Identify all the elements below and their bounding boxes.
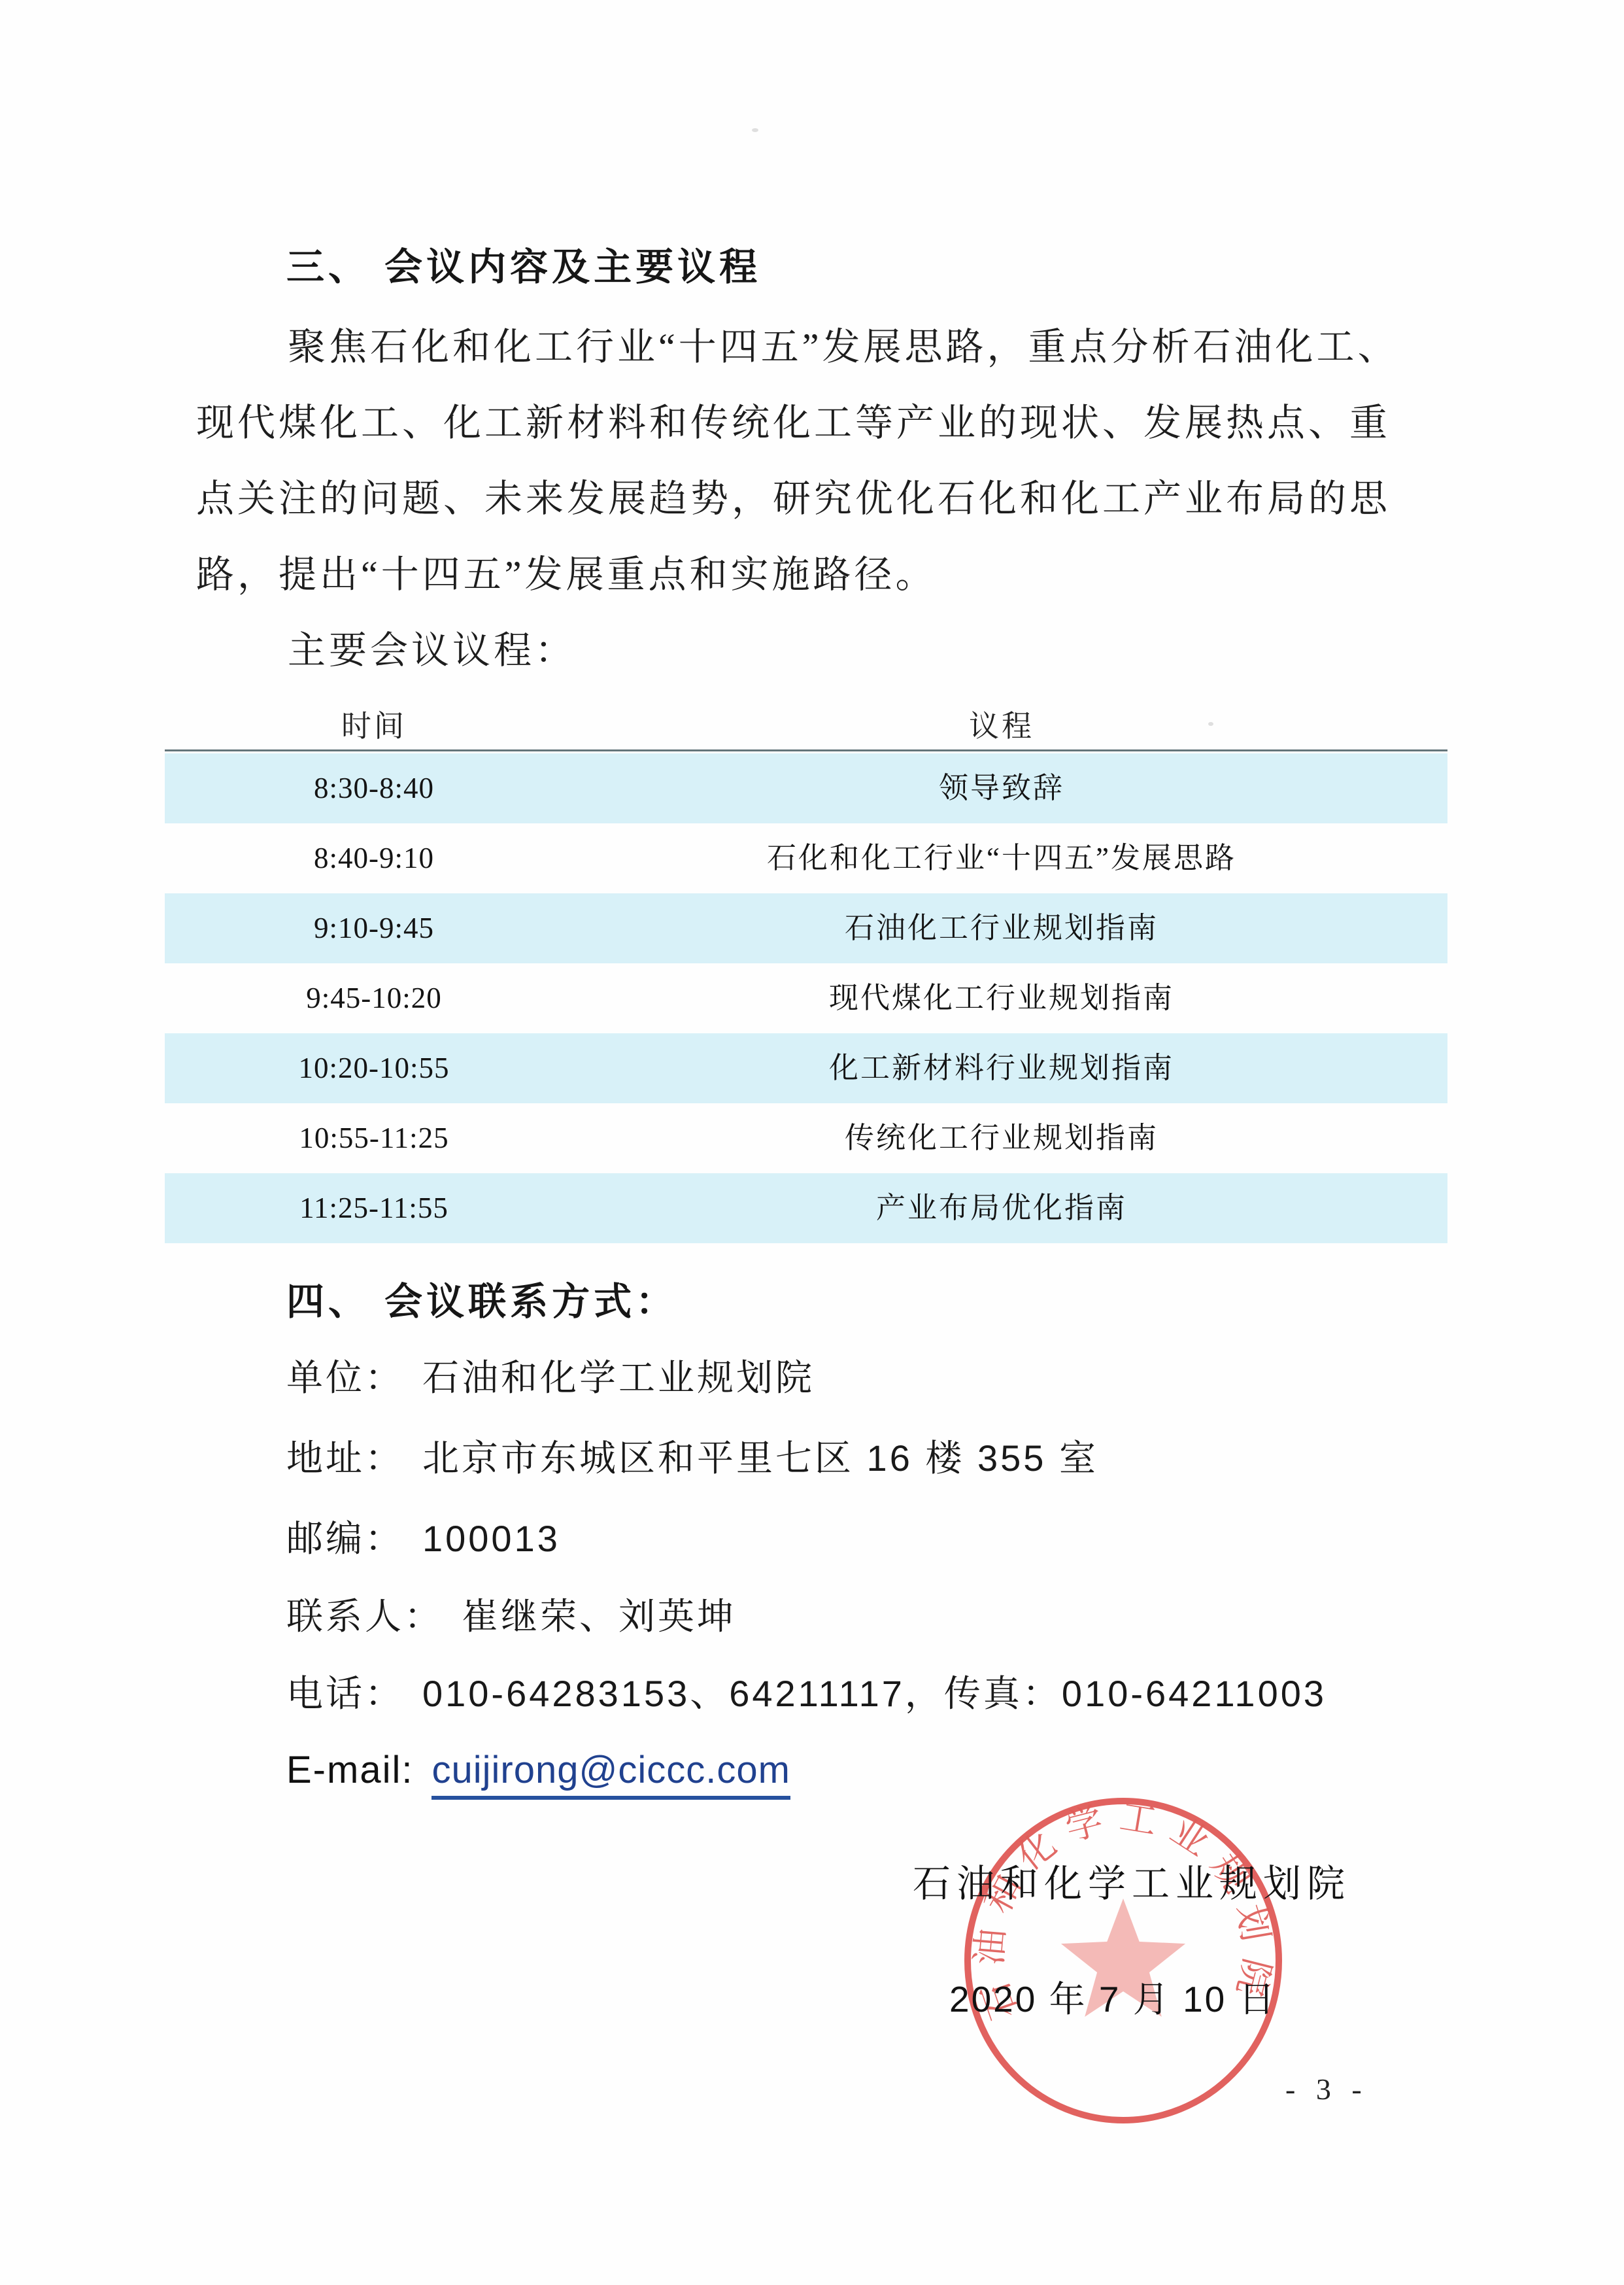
cell-time: 9:10-9:45 bbox=[165, 893, 583, 963]
table-row: 10:55-11:25传统化工行业规划指南 bbox=[165, 1103, 1447, 1173]
scan-artifact bbox=[752, 128, 758, 132]
table-header-rule bbox=[165, 749, 1447, 751]
contact-value: 崔继荣、刘英坤 bbox=[462, 1597, 736, 1638]
signature-date: 2020 年 7 月 10 日 bbox=[949, 1982, 1277, 2018]
cell-time: 8:30-8:40 bbox=[165, 753, 583, 823]
contact-value: 010-64283153、64211117，传真：010-64211003 bbox=[422, 1673, 1327, 1714]
table-row: 9:10-9:45石油化工行业规划指南 bbox=[165, 893, 1447, 963]
cell-time: 11:25-11:55 bbox=[165, 1173, 583, 1243]
cell-agenda: 产业布局优化指南 bbox=[583, 1173, 1420, 1243]
contact-label: 单位： bbox=[286, 1358, 404, 1399]
cell-time: 10:20-10:55 bbox=[165, 1033, 583, 1103]
paragraph-line: 路，提出“十四五”发展重点和实施路径。 bbox=[196, 556, 937, 594]
contact-line: E-mail:cuijirong@ciccc.com bbox=[286, 1751, 790, 1789]
cell-agenda: 石化和化工行业“十四五”发展思路 bbox=[583, 823, 1420, 893]
agenda-intro: 主要会议议程： bbox=[288, 632, 576, 670]
contact-label: 电话： bbox=[286, 1674, 404, 1715]
document-page: 三、 会议内容及主要议程 聚焦石化和化工行业“十四五”发展思路，重点分析石油化工… bbox=[0, 0, 1624, 2285]
scan-artifact bbox=[1208, 722, 1213, 726]
cell-agenda: 传统化工行业规划指南 bbox=[583, 1103, 1420, 1173]
agenda-table: 8:30-8:40领导致辞8:40-9:10石化和化工行业“十四五”发展思路9:… bbox=[165, 753, 1447, 1243]
contact-label: 联系人： bbox=[286, 1597, 443, 1638]
table-header-time: 时间 bbox=[165, 712, 583, 742]
cell-agenda: 领导致辞 bbox=[583, 753, 1420, 823]
table-header-agenda: 议程 bbox=[583, 712, 1420, 742]
cell-time: 8:40-9:10 bbox=[165, 823, 583, 893]
paragraph-line: 点关注的问题、未来发展趋势，研究优化石化和化工产业布局的思 bbox=[196, 480, 1391, 518]
contact-value: 石油和化学工业规划院 bbox=[422, 1358, 815, 1399]
contact-line: 地址：北京市东城区和平里七区 16 楼 355 室 bbox=[286, 1440, 1098, 1477]
table-row: 11:25-11:55产业布局优化指南 bbox=[165, 1173, 1447, 1243]
cell-agenda: 现代煤化工行业规划指南 bbox=[583, 963, 1420, 1033]
contact-value: 100013 bbox=[422, 1518, 560, 1559]
cell-agenda: 石油化工行业规划指南 bbox=[583, 893, 1420, 963]
paragraph-line: 聚焦石化和化工行业“十四五”发展思路，重点分析石油化工、 bbox=[288, 328, 1399, 366]
contact-line: 邮编：100013 bbox=[286, 1520, 560, 1558]
cell-time: 9:45-10:20 bbox=[165, 963, 583, 1033]
cell-agenda: 化工新材料行业规划指南 bbox=[583, 1033, 1420, 1103]
table-row: 8:40-9:10石化和化工行业“十四五”发展思路 bbox=[165, 823, 1447, 893]
contact-label: 地址： bbox=[286, 1439, 404, 1479]
cell-time: 10:55-11:25 bbox=[165, 1103, 583, 1173]
table-row: 9:45-10:20现代煤化工行业规划指南 bbox=[165, 963, 1447, 1033]
table-row: 10:20-10:55化工新材料行业规划指南 bbox=[165, 1033, 1447, 1103]
contact-value: 北京市东城区和平里七区 16 楼 355 室 bbox=[422, 1437, 1098, 1479]
signature-org: 石油和化学工业规划院 bbox=[913, 1865, 1351, 1903]
official-seal: 石油和化学工业规划院 bbox=[956, 1793, 1291, 2128]
paragraph-line: 现代煤化工、化工新材料和传统化工等产业的现状、发展热点、重 bbox=[196, 404, 1391, 442]
table-row: 8:30-8:40领导致辞 bbox=[165, 753, 1447, 823]
email-link[interactable]: cuijirong@ciccc.com bbox=[431, 1749, 790, 1800]
section-4-heading: 四、 会议联系方式： bbox=[286, 1283, 677, 1321]
contact-label: 邮编： bbox=[286, 1519, 404, 1560]
contact-line: 联系人：崔继荣、刘英坤 bbox=[286, 1599, 736, 1636]
section-3-heading: 三、 会议内容及主要议程 bbox=[286, 249, 761, 286]
contact-label: E-mail: bbox=[286, 1749, 413, 1791]
contact-line: 电话：010-64283153、64211117，传真：010-64211003 bbox=[286, 1675, 1327, 1713]
page-number: - 3 - bbox=[1285, 2074, 1368, 2105]
contact-line: 单位：石油和化学工业规划院 bbox=[286, 1360, 815, 1397]
